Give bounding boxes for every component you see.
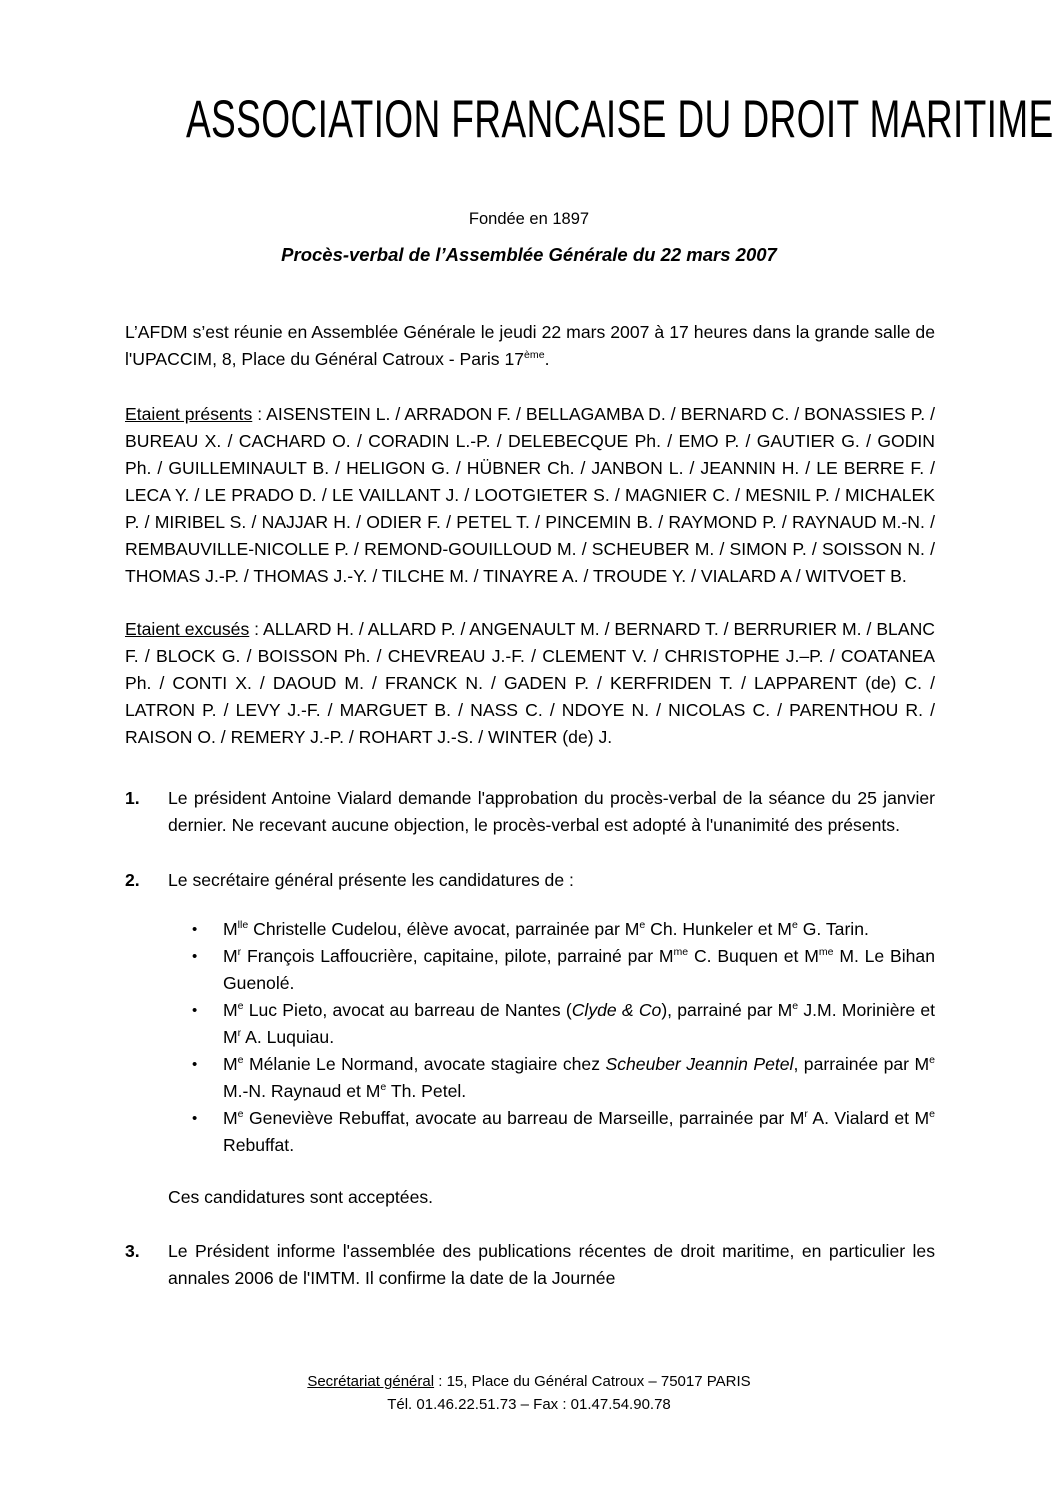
agenda-item-2-number: 2. <box>125 867 168 894</box>
footer-phone: Tél. 01.46.22.51.73 – Fax : 01.47.54.90.… <box>0 1393 1058 1416</box>
candidate-item-2: • Mr François Laffoucrière, capitaine, p… <box>192 943 935 997</box>
agenda-item-2-text: Le secrétaire général présente les candi… <box>168 867 935 894</box>
agenda-item-1: 1. Le président Antoine Vialard demande … <box>125 785 935 839</box>
association-title: ASSOCIATION FRANCAISE DU DROIT MARITIME <box>186 90 1054 150</box>
bullet-icon: • <box>192 943 223 997</box>
acceptance-line: Ces candidatures sont acceptées. <box>168 1184 935 1211</box>
candidate-item-5: • Me Geneviève Rebuffat, avocate au barr… <box>192 1105 935 1159</box>
agenda-item-3-text: Le Président informe l'assemblée des pub… <box>168 1238 935 1292</box>
page-footer: Secrétariat général : 15, Place du Génér… <box>0 1370 1058 1416</box>
document-body: L’AFDM s’est réunie en Assemblée Général… <box>125 319 935 1292</box>
present-names: AISENSTEIN L. / ARRADON F. / BELLAGAMBA … <box>125 404 935 586</box>
candidate-list: • Mlle Christelle Cudelou, élève avocat,… <box>125 916 935 1159</box>
footer-address-text: : 15, Place du Général Catroux – 75017 P… <box>434 1373 751 1390</box>
candidate-item-2-text: Mr François Laffoucrière, capitaine, pil… <box>223 943 935 997</box>
agenda-item-1-number: 1. <box>125 785 168 839</box>
excused-label: Etaient excusés <box>125 619 249 639</box>
candidate-item-5-text: Me Geneviève Rebuffat, avocate au barrea… <box>223 1105 935 1159</box>
document-title: Procès-verbal de l’Assemblée Générale du… <box>0 241 1058 268</box>
candidate-item-3: • Me Luc Pieto, avocat au barreau de Nan… <box>192 997 935 1051</box>
candidate-item-4: • Me Mélanie Le Normand, avocate stagiai… <box>192 1051 935 1105</box>
intro-paragraph: L’AFDM s’est réunie en Assemblée Général… <box>125 319 935 373</box>
bullet-icon: • <box>192 997 223 1051</box>
bullet-icon: • <box>192 916 223 943</box>
agenda-item-2: 2. Le secrétaire général présente les ca… <box>125 867 935 894</box>
candidate-item-4-text: Me Mélanie Le Normand, avocate stagiaire… <box>223 1051 935 1105</box>
founded-line: Fondée en 1897 <box>0 207 1058 231</box>
agenda-item-1-text: Le président Antoine Vialard demande l'a… <box>168 785 935 839</box>
present-members-paragraph: Etaient présents : AISENSTEIN L. / ARRAD… <box>125 401 935 590</box>
present-label: Etaient présents <box>125 404 252 424</box>
excused-members-paragraph: Etaient excusés : ALLARD H. / ALLARD P. … <box>125 616 935 751</box>
present-separator: : <box>252 404 266 424</box>
document-page: ASSOCIATION FRANCAISE DU DROIT MARITIME … <box>0 0 1058 1497</box>
bullet-icon: • <box>192 1105 223 1159</box>
excused-separator: : <box>249 619 263 639</box>
candidate-item-1-text: Mlle Christelle Cudelou, élève avocat, p… <box>223 916 935 943</box>
document-header: ASSOCIATION FRANCAISE DU DROIT MARITIME … <box>0 0 1058 268</box>
candidate-item-1: • Mlle Christelle Cudelou, élève avocat,… <box>192 916 935 943</box>
agenda-item-3-number: 3. <box>125 1238 168 1292</box>
bullet-icon: • <box>192 1051 223 1105</box>
candidate-item-3-text: Me Luc Pieto, avocat au barreau de Nante… <box>223 997 935 1051</box>
footer-label: Secrétariat général <box>307 1373 434 1390</box>
agenda-item-3: 3. Le Président informe l'assemblée des … <box>125 1238 935 1292</box>
footer-address: Secrétariat général : 15, Place du Génér… <box>0 1370 1058 1393</box>
